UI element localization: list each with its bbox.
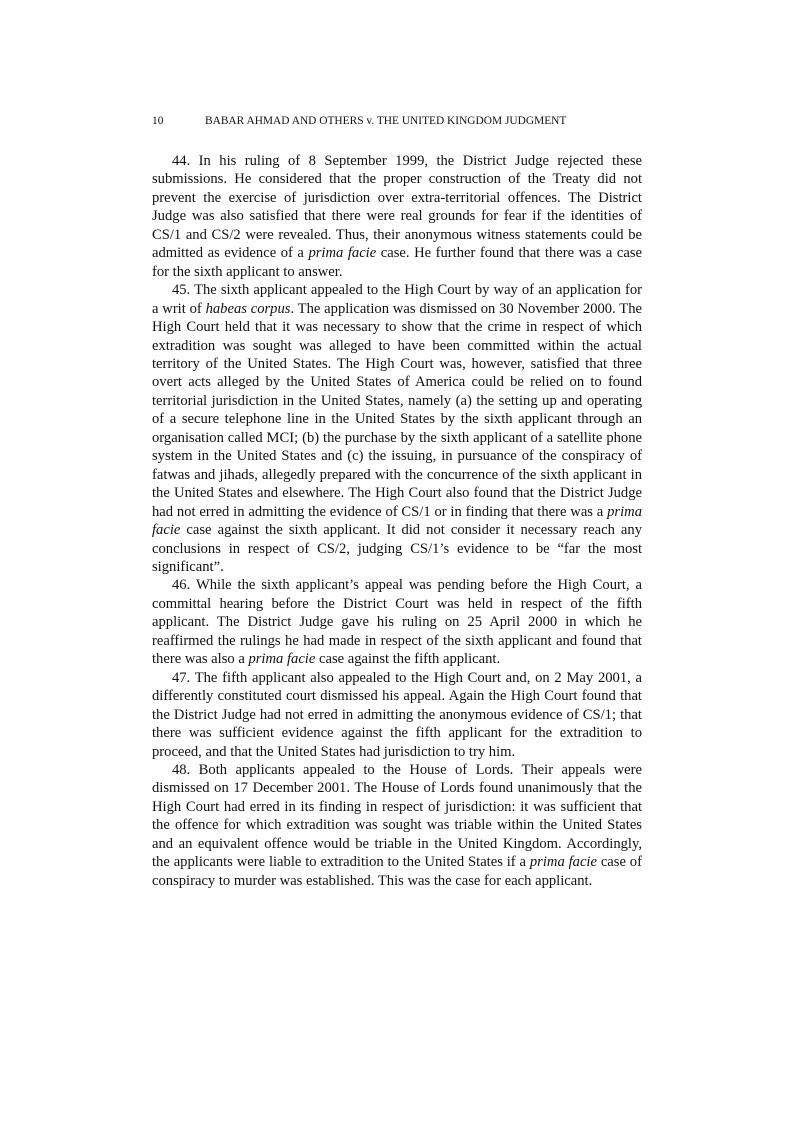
paragraph-text: case against the sixth applicant. It did…: [152, 522, 642, 575]
document-page: 10BABAR AHMAD AND OTHERS v. THE UNITED K…: [0, 0, 794, 1123]
paragraph-46: 46. While the sixth applicant’s appeal w…: [152, 576, 642, 668]
body-text: 44. In his ruling of 8 September 1999, t…: [152, 152, 642, 890]
paragraph-48: 48. Both applicants appealed to the Hous…: [152, 761, 642, 890]
header-title: BABAR AHMAD AND OTHERS v. THE UNITED KIN…: [205, 115, 566, 127]
italic-term: prima facie: [530, 854, 597, 870]
running-header: 10BABAR AHMAD AND OTHERS v. THE UNITED K…: [152, 114, 642, 128]
paragraph-44: 44. In his ruling of 8 September 1999, t…: [152, 152, 642, 281]
paragraph-number: 45.: [172, 282, 190, 298]
italic-term: prima facie: [308, 245, 376, 261]
paragraph-text: case against the fifth applicant.: [315, 651, 500, 667]
paragraph-45: 45. The sixth applicant appealed to the …: [152, 281, 642, 576]
paragraph-47: 47. The fifth applicant also appealed to…: [152, 669, 642, 761]
italic-term: habeas corpus: [206, 301, 291, 317]
paragraph-text: . The application was dismissed on 30 No…: [152, 301, 642, 520]
paragraph-number: 48.: [172, 762, 190, 778]
paragraph-number: 44.: [172, 153, 190, 169]
paragraph-number: 46.: [172, 577, 190, 593]
paragraph-number: 47.: [172, 670, 190, 686]
paragraph-text: The fifth applicant also appealed to the…: [152, 670, 642, 760]
italic-term: prima facie: [248, 651, 315, 667]
page-number: 10: [152, 114, 205, 128]
